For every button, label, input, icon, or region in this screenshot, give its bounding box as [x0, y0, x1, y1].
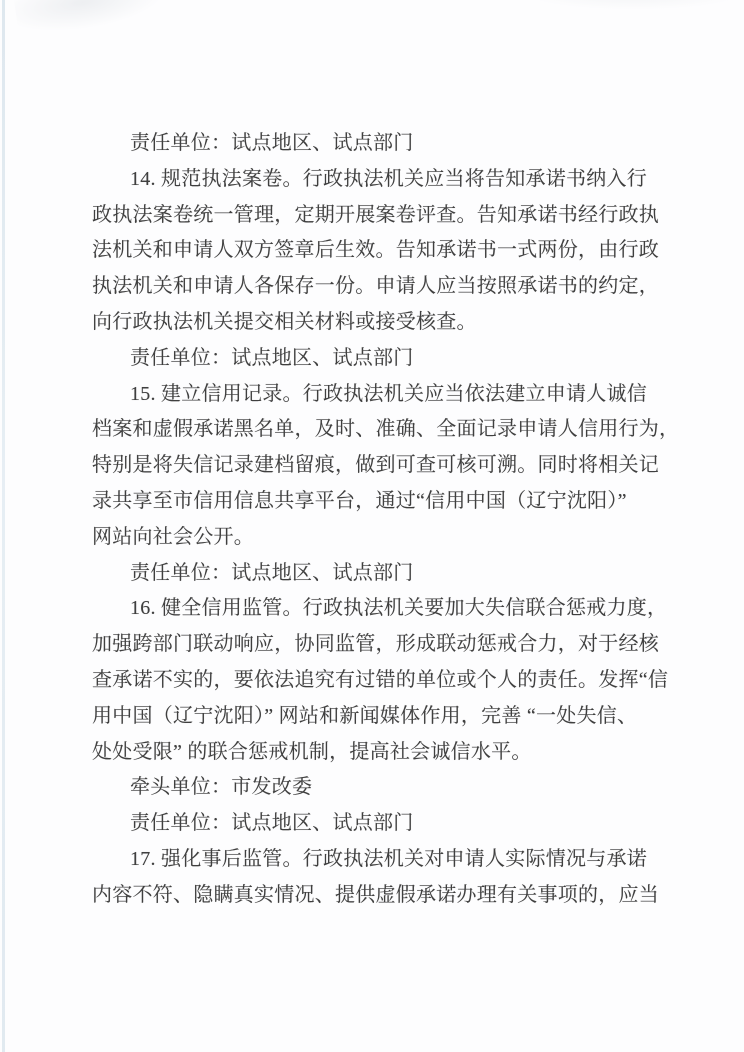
responsibility-unit-line: 责任单位：试点地区、试点部门: [92, 126, 658, 162]
item-14-paragraph-line: 执法机关和申请人各保存一份。申请人应当按照承诺书的约定，: [92, 269, 658, 305]
item-16-paragraph-line: 处处受限” 的联合惩戒机制，提高社会诚信水平。: [92, 735, 658, 771]
item-15-paragraph-line: 档案和虚假承诺黑名单，及时、准确、全面记录申请人信用行为，: [92, 412, 658, 448]
item-14-paragraph-line: 政执法案卷统一管理，定期开展案卷评查。告知承诺书经行政执: [92, 198, 658, 234]
responsibility-unit-line: 责任单位：试点地区、试点部门: [92, 556, 658, 592]
responsibility-unit-line: 责任单位：试点地区、试点部门: [92, 806, 658, 842]
item-14-paragraph-line: 向行政执法机关提交相关材料或接受核查。: [92, 305, 658, 341]
item-16-paragraph-line: 16. 健全信用监管。行政执法机关要加大失信联合惩戒力度，: [92, 591, 658, 627]
scanned-document-page: 责任单位：试点地区、试点部门14. 规范执法案卷。行政执法机关应当将告知承诺书纳…: [0, 0, 744, 1052]
item-16-paragraph-line: 用中国（辽宁沈阳）” 网站和新闻媒体作用，完善 “一处失信、: [92, 699, 658, 735]
item-16-paragraph-line: 查承诺不实的，要依法追究有过错的单位或个人的责任。发挥“信: [92, 663, 658, 699]
item-15-paragraph-line: 特别是将失信记录建档留痕，做到可查可核可溯。同时将相关记: [92, 448, 658, 484]
scan-edge-line: [2, 0, 5, 1052]
item-14-paragraph-line: 法机关和申请人双方签章后生效。告知承诺书一式两份，由行政: [92, 233, 658, 269]
document-body: 责任单位：试点地区、试点部门14. 规范执法案卷。行政执法机关应当将告知承诺书纳…: [92, 126, 658, 914]
item-14-paragraph-line: 14. 规范执法案卷。行政执法机关应当将告知承诺书纳入行: [92, 162, 658, 198]
item-17-paragraph-line: 内容不符、隐瞒真实情况、提供虚假承诺办理有关事项的，应当: [92, 878, 658, 914]
item-15-paragraph-line: 录共享至市信用信息共享平台，通过“信用中国（辽宁沈阳）”: [92, 484, 658, 520]
item-16-paragraph-line: 加强跨部门联动响应，协同监管，形成联动惩戒合力，对于经核: [92, 627, 658, 663]
item-15-paragraph-line: 15. 建立信用记录。行政执法机关应当依法建立申请人诚信: [92, 377, 658, 413]
responsibility-unit-line: 责任单位：试点地区、试点部门: [92, 341, 658, 377]
scan-smudge: [14, 0, 168, 38]
item-15-paragraph-line: 网站向社会公开。: [92, 520, 658, 556]
lead-unit-line: 牵头单位：市发改委: [92, 770, 658, 806]
item-17-paragraph-line: 17. 强化事后监管。行政执法机关对申请人实际情况与承诺: [92, 842, 658, 878]
scan-smudge: [524, 0, 744, 10]
